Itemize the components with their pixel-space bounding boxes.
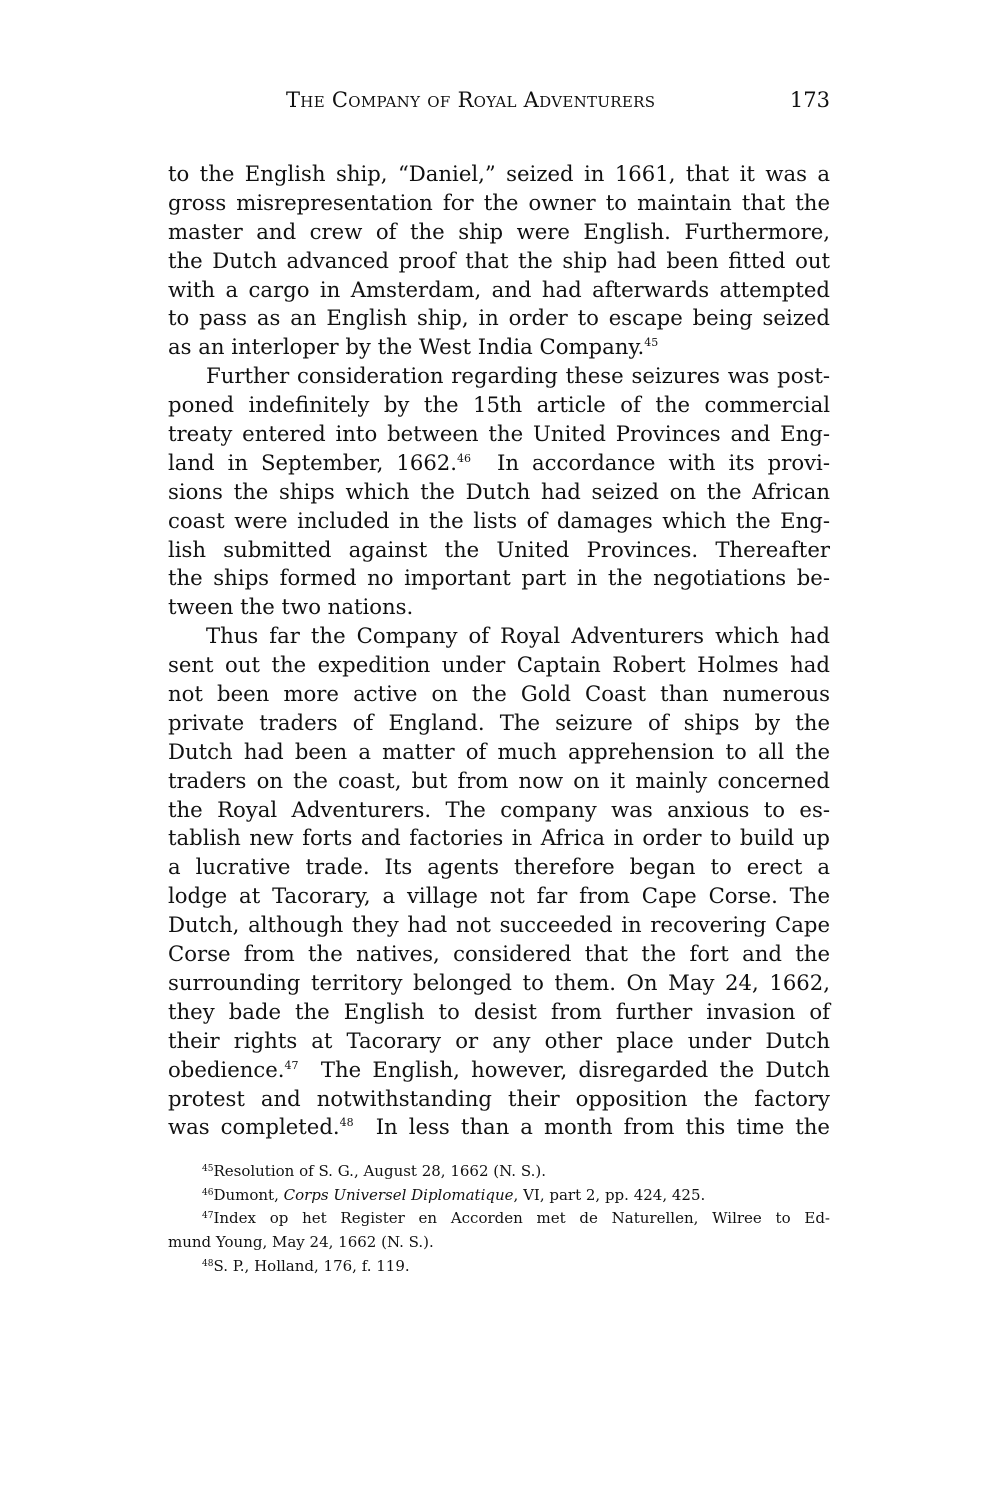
work-title: Corps Universel Diplomatique	[284, 1186, 514, 1204]
text-line: the Royal Adventurers. The company was a…	[168, 796, 830, 825]
text-line: tween the two nations.	[168, 593, 830, 622]
footnote-ref[interactable]: 48	[340, 1116, 354, 1129]
text-line: obedience.47 The English, however, disre…	[168, 1056, 830, 1085]
footnote-47: 47Index op het Register en Accorden met …	[168, 1207, 830, 1231]
text-line: they bade the English to desist from fur…	[168, 998, 830, 1027]
page-number: 173	[790, 88, 830, 112]
text-line: private traders of England. The seizure …	[168, 709, 830, 738]
footnote-47-continued: mund Young, May 24, 1662 (N. S.).	[168, 1231, 830, 1255]
text-line: land in September, 1662.46 In accordance…	[168, 449, 830, 478]
footnote-48: 48S. P., Holland, 176, f. 119.	[168, 1255, 830, 1279]
text-line: surrounding territory belonged to them. …	[168, 969, 830, 998]
footnote-45: 45Resolution of S. G., August 28, 1662 (…	[168, 1160, 830, 1184]
text-line: not been more active on the Gold Coast t…	[168, 680, 830, 709]
text-line: poned indefinitely by the 15th article o…	[168, 391, 830, 420]
text-line: was completed.48 In less than a month fr…	[168, 1113, 830, 1142]
text-line: gross misrepresentation for the owner to…	[168, 189, 830, 218]
text-line: Corse from the natives, considered that …	[168, 940, 830, 969]
text-line: protest and notwithstanding their opposi…	[168, 1085, 830, 1114]
footnote-ref[interactable]: 47	[285, 1059, 299, 1072]
text-line: to pass as an English ship, in order to …	[168, 304, 830, 333]
footnote-number: 48	[202, 1259, 213, 1269]
text-line: Thus far the Company of Royal Adventurer…	[168, 622, 830, 651]
text-line: master and crew of the ship were English…	[168, 218, 830, 247]
text-line: the ships formed no important part in th…	[168, 564, 830, 593]
text-line: treaty entered into between the United P…	[168, 420, 830, 449]
footnote-number: 45	[202, 1164, 213, 1174]
text-line: sent out the expedition under Captain Ro…	[168, 651, 830, 680]
footnote-ref[interactable]: 46	[457, 452, 471, 465]
text-line: lodge at Tacorary, a village not far fro…	[168, 882, 830, 911]
footnote-46: 46Dumont, Corps Universel Diplomatique, …	[168, 1184, 830, 1208]
text-line: coast were included in the lists of dama…	[168, 507, 830, 536]
footnotes: 45Resolution of S. G., August 28, 1662 (…	[168, 1160, 830, 1279]
text-line: a lucrative trade. Its agents therefore …	[168, 853, 830, 882]
text-line: lish submitted against the United Provin…	[168, 536, 830, 565]
footnote-ref[interactable]: 45	[644, 336, 658, 349]
text-line: the Dutch advanced proof that the ship h…	[168, 247, 830, 276]
text-line: traders on the coast, but from now on it…	[168, 767, 830, 796]
text-line: sions the ships which the Dutch had seiz…	[168, 478, 830, 507]
text-line: to the English ship, “Daniel,” seized in…	[168, 160, 830, 189]
text-line: their rights at Tacorary or any other pl…	[168, 1027, 830, 1056]
running-head: The Company of Royal Adventurers 173	[168, 88, 830, 118]
text-line: Dutch, although they had not succeeded i…	[168, 911, 830, 940]
footnote-number: 47	[202, 1211, 213, 1221]
text-line: Further consideration regarding these se…	[168, 362, 830, 391]
text-line: as an interloper by the West India Compa…	[168, 333, 830, 362]
text-line: Dutch had been a matter of much apprehen…	[168, 738, 830, 767]
body-text: to the English ship, “Daniel,” seized in…	[168, 160, 830, 1142]
text-line: with a cargo in Amsterdam, and had after…	[168, 276, 830, 305]
running-title: The Company of Royal Adventurers	[286, 88, 655, 112]
footnote-number: 46	[202, 1188, 213, 1198]
text-line: tablish new forts and factories in Afric…	[168, 824, 830, 853]
